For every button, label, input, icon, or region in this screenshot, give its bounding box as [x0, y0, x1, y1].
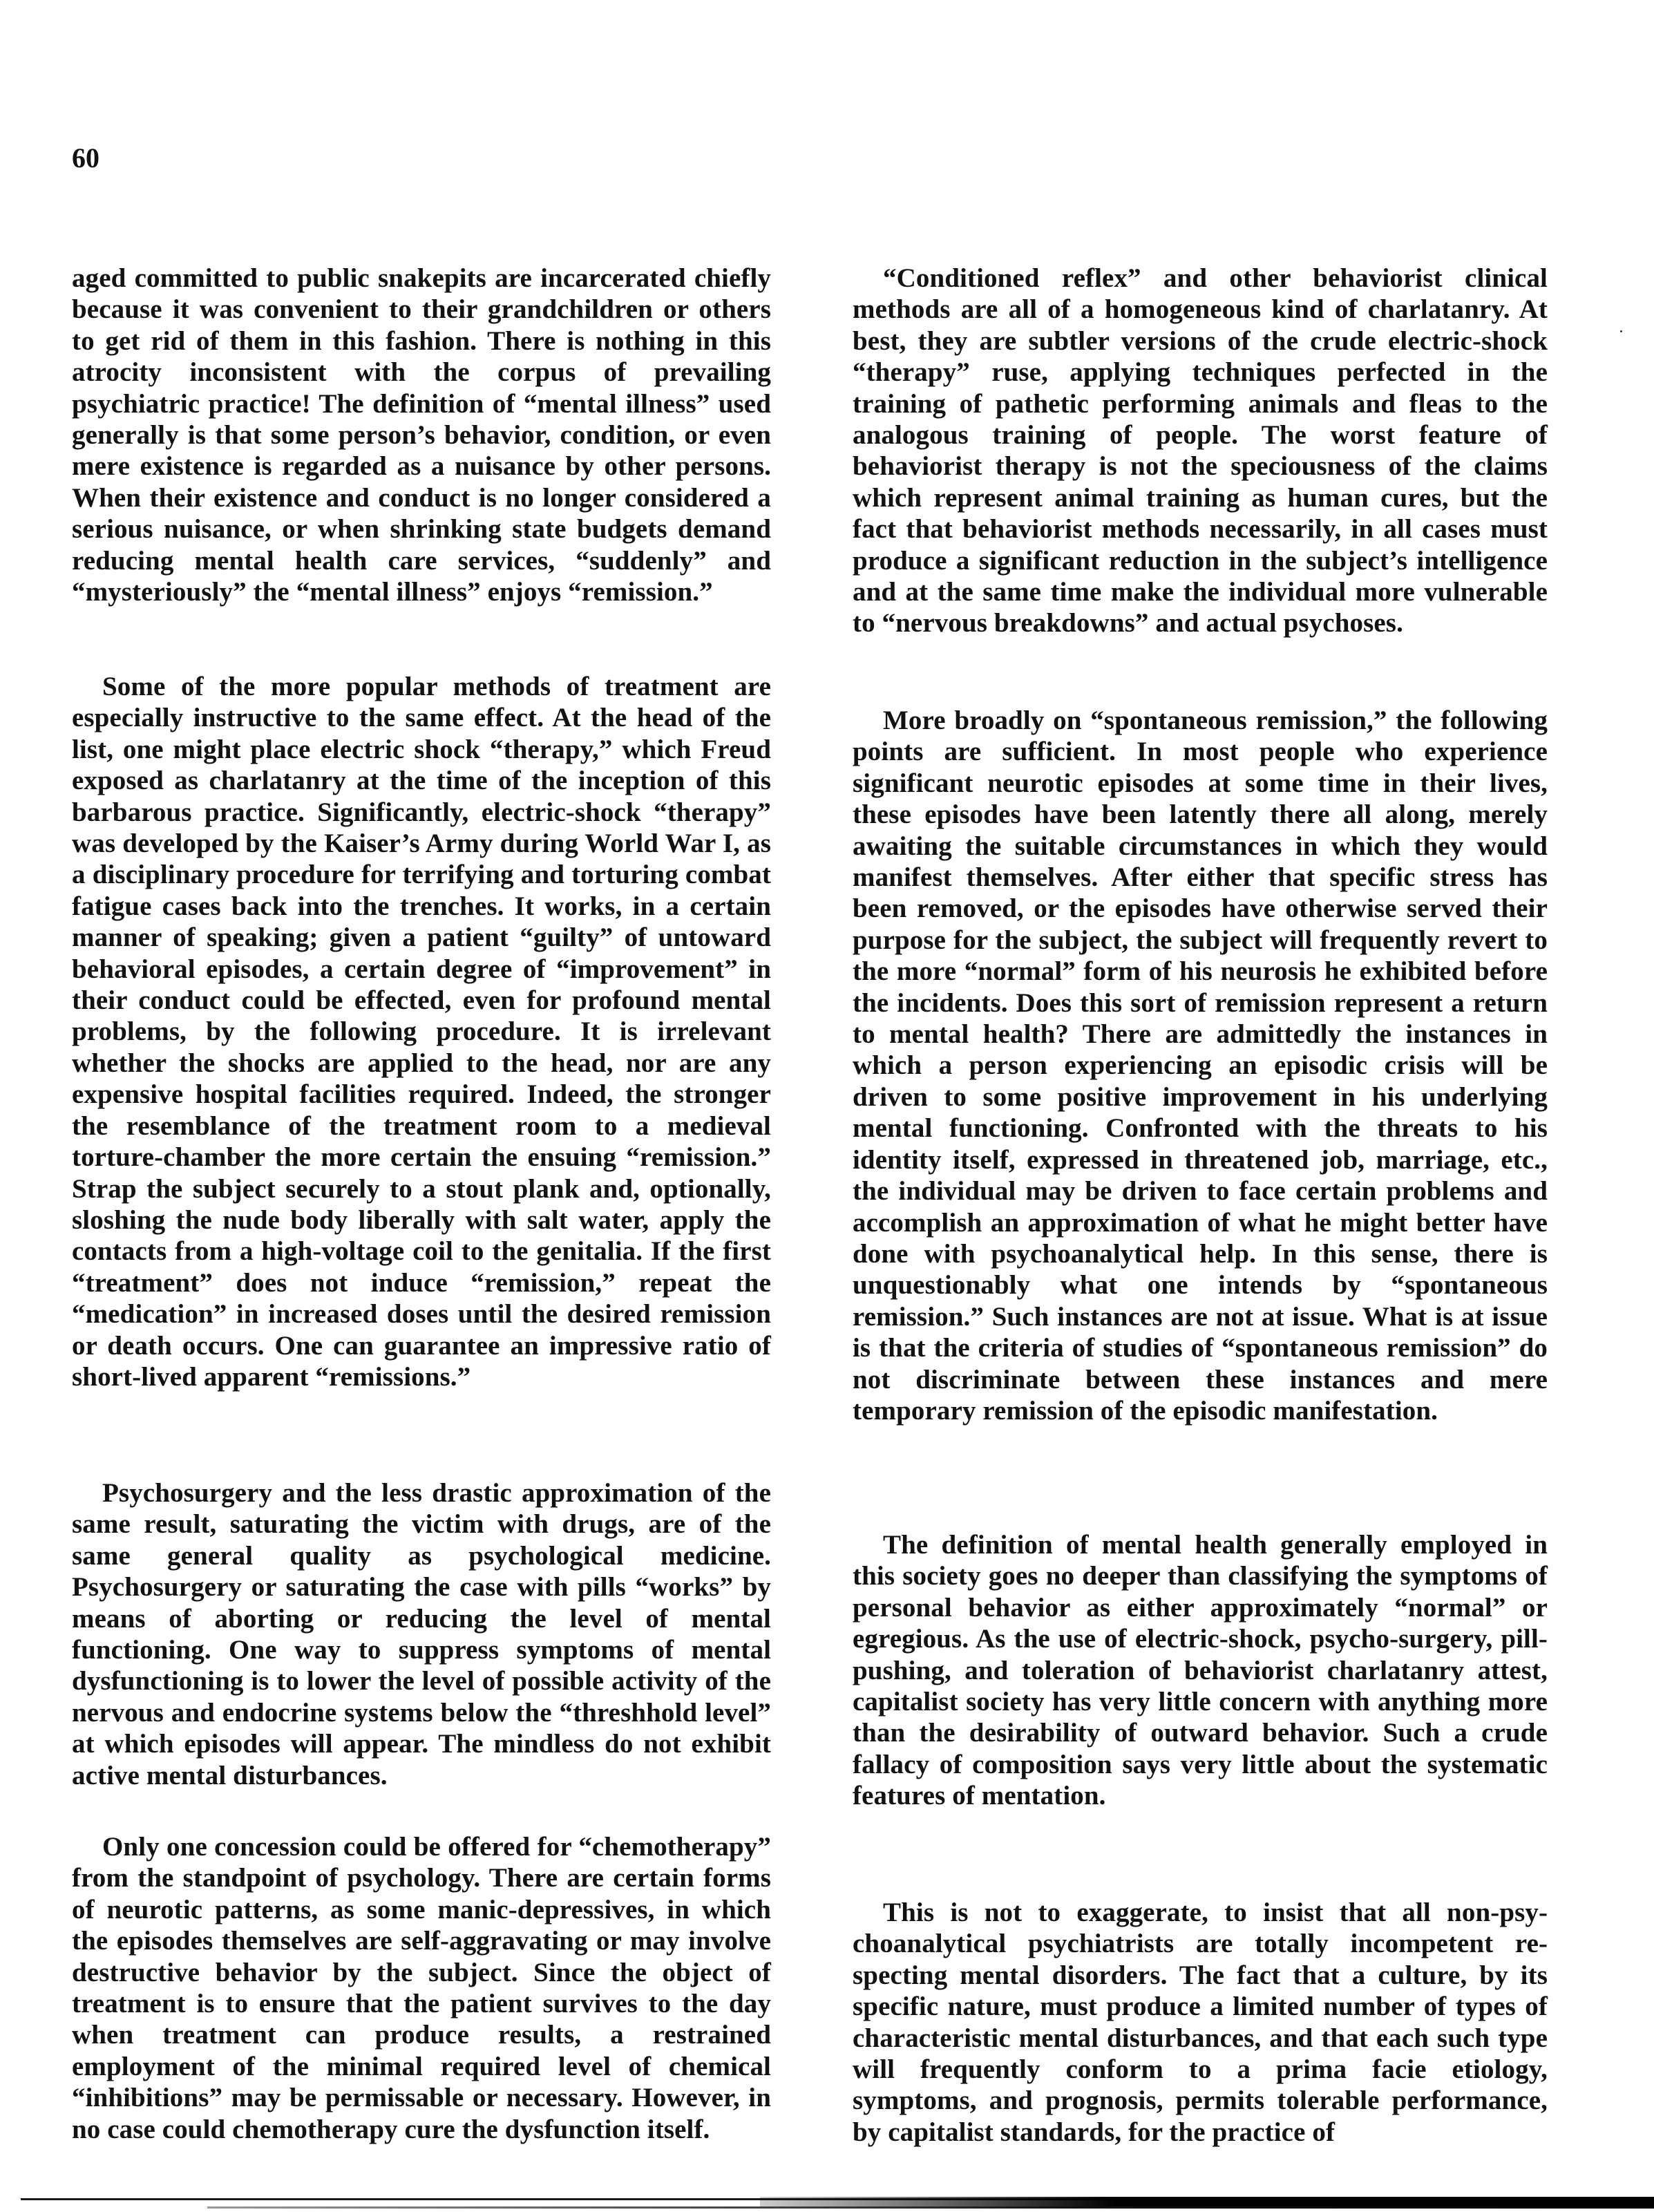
paragraph: Only one concession could be offered for…: [72, 1831, 771, 2145]
paragraph: More broadly on “spontaneous remission,”…: [853, 705, 1548, 1426]
paragraph: This is not to exaggerate, to insist tha…: [853, 1897, 1548, 2148]
page-number: 60: [72, 142, 99, 175]
scan-line: [207, 2206, 1654, 2209]
paragraph: “Conditioned reflex” and other behaviori…: [853, 263, 1548, 639]
paragraph: Psychosurgery and the less drastic appro…: [72, 1477, 771, 1791]
scan-speck: [1620, 330, 1622, 332]
paragraph: aged committed to public snakepits are i…: [72, 263, 771, 607]
paragraph: Some of the more popular methods of trea…: [72, 671, 771, 1392]
scan-shadow: [760, 2197, 1654, 2206]
paragraph: The definition of mental health generall…: [853, 1529, 1548, 1812]
document-page: 60 aged committed to public snakepits ar…: [0, 0, 1654, 2212]
scan-bottom-edge: [0, 2195, 1654, 2212]
